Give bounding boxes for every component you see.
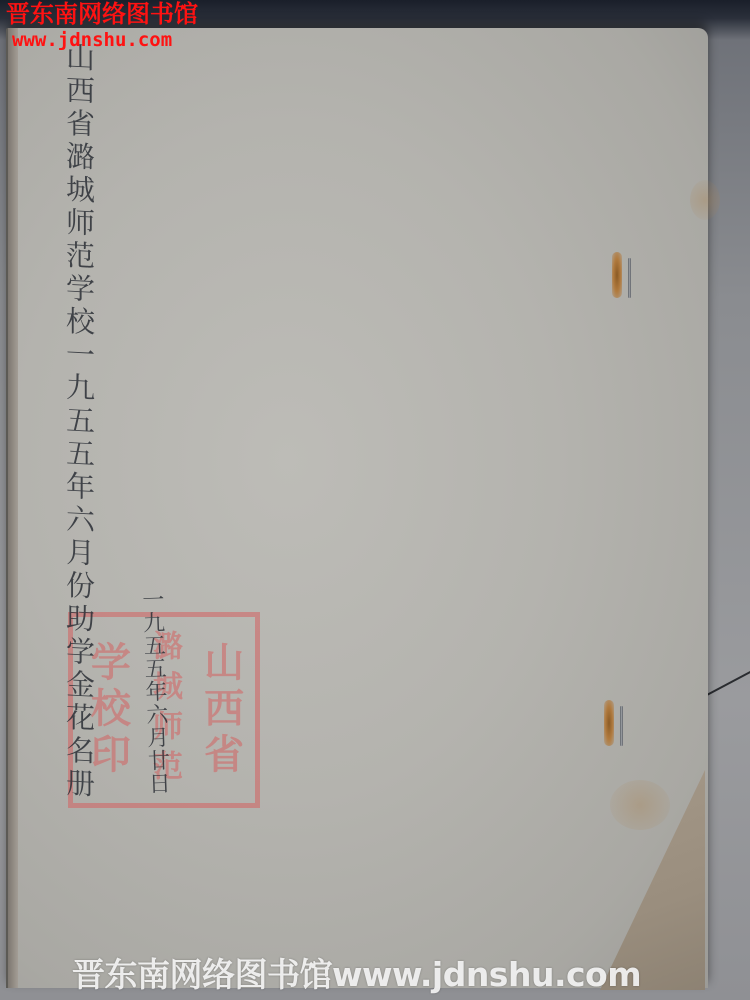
handwritten-title: 山西省潞城师范学校一九五五年六月份助学金花名册 bbox=[64, 41, 94, 802]
paper-stain bbox=[610, 780, 670, 830]
rust-mark bbox=[612, 252, 622, 298]
watermark-top: 晋东南网络图书馆 www.jdnshu.com bbox=[6, 2, 198, 50]
staple-wire bbox=[628, 258, 631, 298]
paper-stain bbox=[690, 180, 720, 220]
staple-wire bbox=[620, 706, 623, 746]
rust-mark bbox=[604, 700, 614, 746]
watermark-top-title: 晋东南网络图书馆 bbox=[6, 2, 198, 26]
page-binding-edge bbox=[8, 28, 18, 988]
seal-column-right: 山西省 bbox=[197, 641, 245, 779]
watermark-bottom: 晋东南网络图书馆www.jdnshu.com bbox=[72, 955, 641, 995]
watermark-top-url: www.jdnshu.com bbox=[12, 31, 198, 50]
document-cover bbox=[8, 28, 708, 988]
